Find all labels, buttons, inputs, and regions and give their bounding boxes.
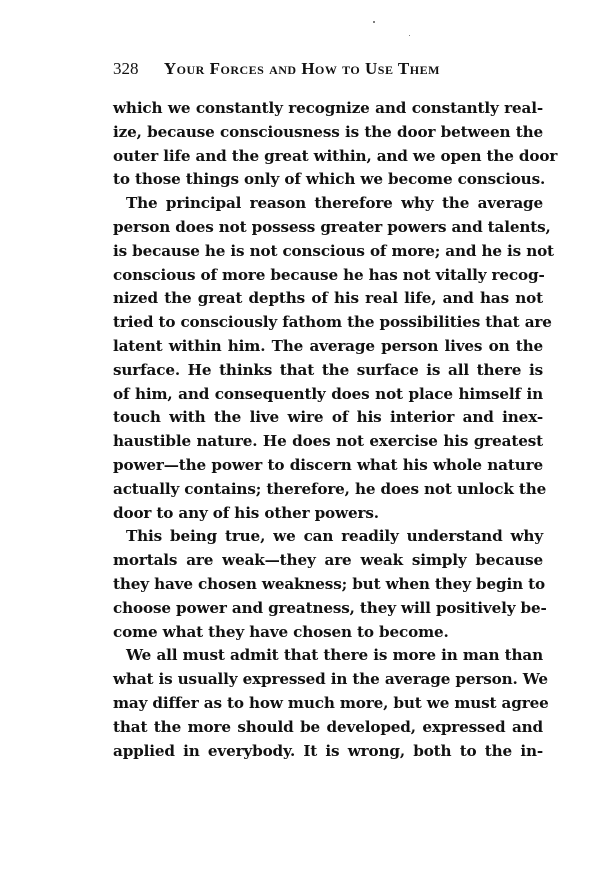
text-line: nized the great depths of his real life,… (113, 287, 543, 311)
text-line: that the more should be developed, expre… (113, 716, 543, 740)
paragraph-1: which we constantly recognize and consta… (113, 97, 543, 192)
text-line: actually contains; therefore, he does no… (113, 478, 543, 502)
text-line: person does not possess greater powers a… (113, 216, 543, 240)
text-line: they have chosen weakness; but when they… (113, 573, 543, 597)
text-line: come what they have chosen to become. (113, 621, 543, 645)
text-line: mortals are weak—they are weak simply be… (113, 549, 543, 573)
text-line: tried to consciously fathom the possibil… (113, 311, 543, 335)
text-line: latent within him. The average person li… (113, 335, 543, 359)
text-line: The principal reason therefore why the a… (113, 192, 543, 216)
text-line: power—the power to discern what his whol… (113, 454, 543, 478)
text-line: applied in everybody. It is wrong, both … (113, 740, 543, 764)
scan-speck (409, 35, 410, 36)
running-title: Your Forces and How to Use Them (164, 59, 440, 78)
text-line: which we constantly recognize and consta… (113, 97, 543, 121)
text-line: We all must admit that there is more in … (113, 644, 543, 668)
text-line: surface. He thinks that the surface is a… (113, 359, 543, 383)
text-line: choose power and greatness, they will po… (113, 597, 543, 621)
body-text: which we constantly recognize and consta… (113, 97, 543, 763)
text-line: This being true, we can readily understa… (113, 525, 543, 549)
page-number: 328 (113, 59, 139, 78)
text-line: is because he is not conscious of more; … (113, 240, 543, 264)
paragraph-2: The principal reason therefore why the a… (113, 192, 543, 525)
scan-speck (373, 21, 375, 23)
paragraph-4: We all must admit that there is more in … (113, 644, 543, 763)
text-line: of him, and consequently does not place … (113, 383, 543, 407)
text-line: door to any of his other powers. (113, 502, 543, 526)
text-line: haustible nature. He does not exercise h… (113, 430, 543, 454)
text-line: ize, because consciousness is the door b… (113, 121, 543, 145)
text-line: outer life and the great within, and we … (113, 145, 543, 169)
text-line: may differ as to how much more, but we m… (113, 692, 543, 716)
paragraph-3: This being true, we can readily understa… (113, 525, 543, 644)
text-line: to those things only of which we become … (113, 168, 543, 192)
page-header: 328 Your Forces and How to Use Them (113, 58, 543, 80)
text-line: conscious of more because he has not vit… (113, 264, 543, 288)
text-line: touch with the live wire of his interior… (113, 406, 543, 430)
text-line: what is usually expressed in the average… (113, 668, 543, 692)
